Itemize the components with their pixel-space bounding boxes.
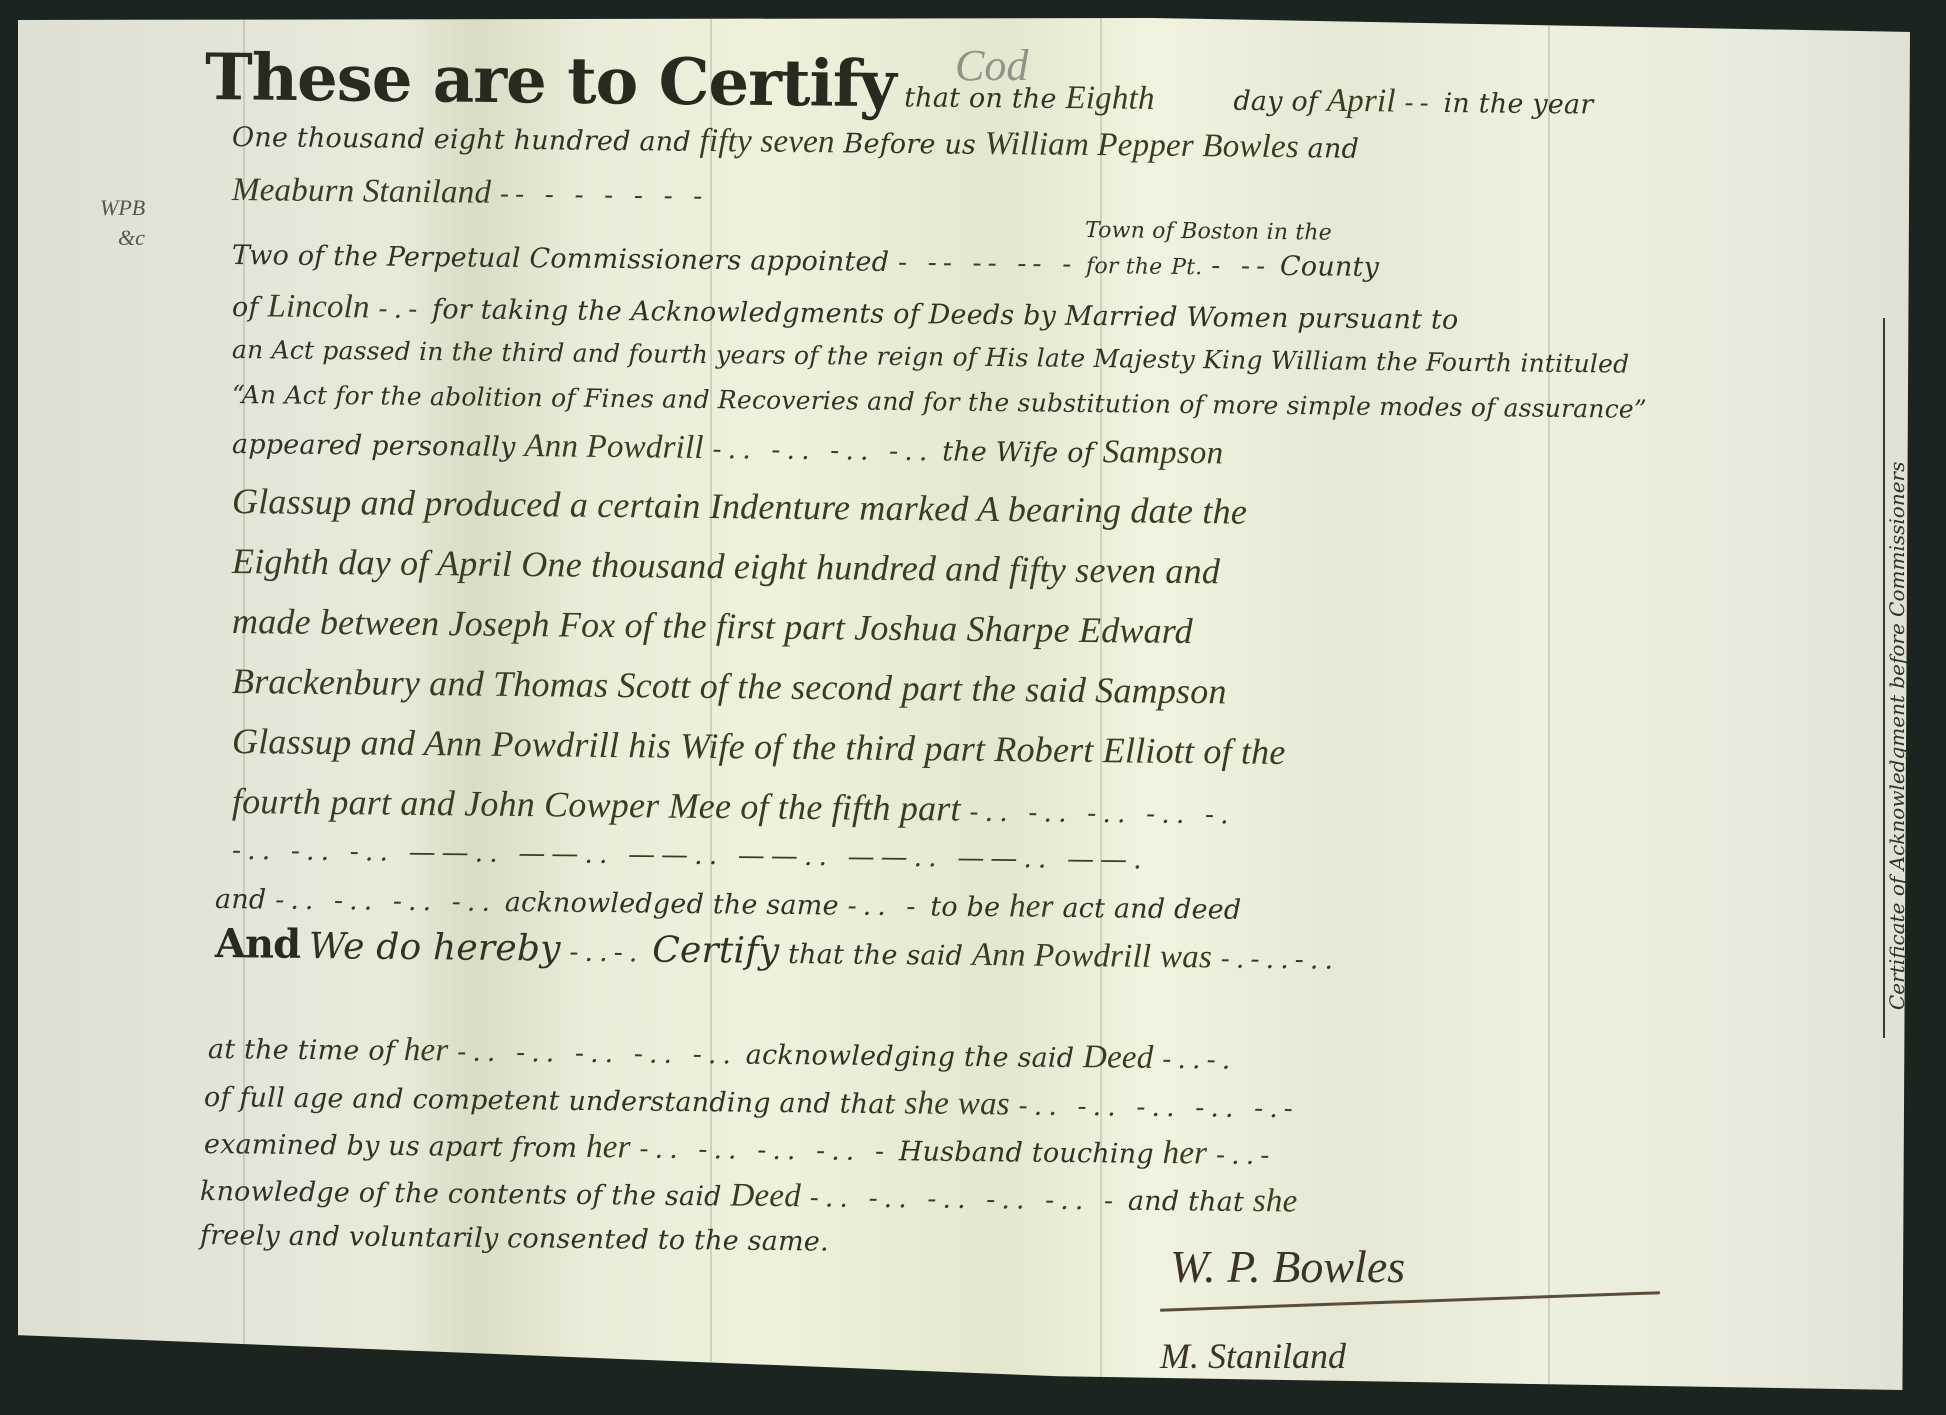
doc-line: freely and voluntarily consented to the … [200,1220,829,1258]
year-value: fifty seven [699,123,834,160]
side-title: Certificate of Acknowledgment before Com… [1885,462,1909,1010]
doc-line: Meaburn Staniland -- - - - - - - [232,172,709,214]
margin-note: WPB [100,195,145,221]
commissioner-name: William Pepper Bowles [985,126,1299,165]
signature-staniland: M. Staniland [1160,1335,1346,1377]
heading: These are to Certify [205,40,896,122]
month-value: April [1327,83,1396,120]
husband-name: Sampson [1103,434,1224,471]
wife-name: Ann Powdrill [524,428,704,466]
county-value: Lincoln [267,288,370,325]
interlineation: Town of Boston in the [1085,218,1332,246]
doc-line: These are to Certify that on the Eighth … [205,40,1594,130]
fold-crease [1548,18,1550,1390]
margin-note: &c [118,225,145,251]
commissioner-name: Meaburn Staniland [232,172,492,211]
day-value: Eighth [1065,80,1155,117]
signature-bowles: W. P. Bowles [1170,1240,1405,1293]
